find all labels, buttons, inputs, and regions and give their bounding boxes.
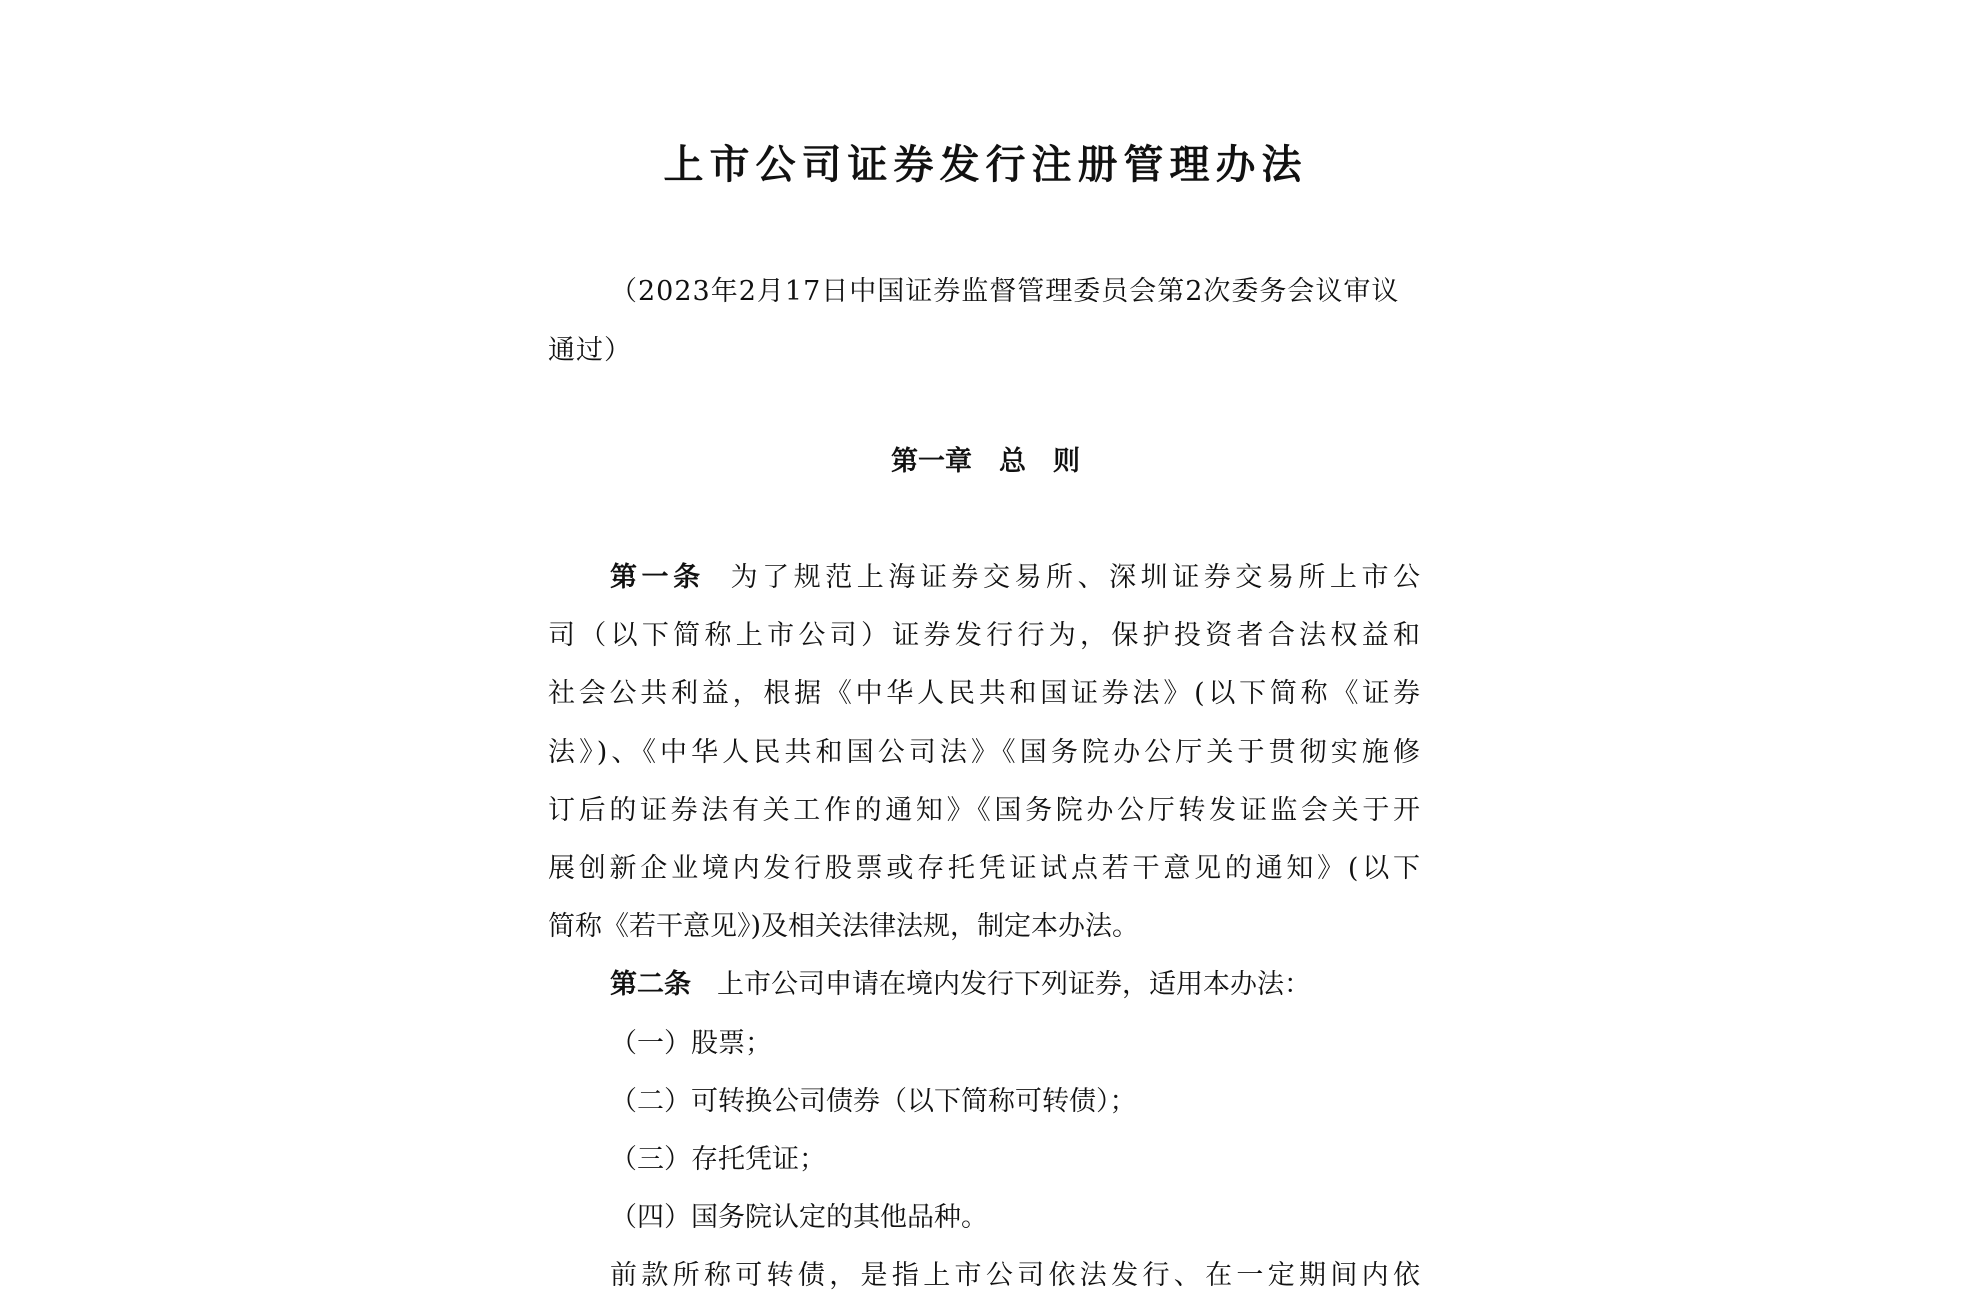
article-1-line-3: 社会公共利益，根据《中华人民共和国证券法》(以下简称《证券 [548, 672, 1420, 730]
article-1-line-1: 第一条为了规范上海证券交易所、深圳证券交易所上市公 [548, 556, 1420, 614]
article-2-item-2: （二）可转换公司债券（以下简称可转债）； [548, 1080, 1420, 1138]
document-body: 第一条为了规范上海证券交易所、深圳证券交易所上市公 司（以下简称上市公司）证券发… [548, 556, 1420, 1312]
article-1-line-2: 司（以下简称上市公司）证券发行行为，保护投资者合法权益和 [548, 614, 1420, 672]
article-1-line-4: 法》)、《中华人民共和国公司法》《国务院办公厅关于贯彻实施修 [548, 731, 1420, 789]
article-2-item-1: （一）股票； [548, 1022, 1420, 1080]
article-1-line-7: 简称《若干意见》)及相关法律法规，制定本办法。 [548, 905, 1420, 963]
document-title: 上市公司证券发行注册管理办法 [0, 140, 1971, 190]
article-2-continuation-line-1: 前款所称可转债，是指上市公司依法发行、在一定期间内依 [548, 1254, 1420, 1312]
article-2-label: 第二条 [610, 969, 691, 1000]
article-2-line-1: 第二条上市公司申请在境内发行下列证券，适用本办法： [548, 963, 1420, 1021]
chapter-heading: 第一章 总 则 [0, 440, 1971, 484]
article-1-label: 第一条 [610, 562, 705, 593]
adoption-note: （2023年2月17日中国证券监督管理委员会第2次委务会议审议通过） [548, 262, 1420, 380]
adoption-note-text: （2023年2月17日中国证券监督管理委员会第2次委务会议审议通过） [548, 276, 1399, 366]
article-1-line-6: 展创新企业境内发行股票或存托凭证试点若干意见的通知》(以下 [548, 847, 1420, 905]
article-2-item-3: （三）存托凭证； [548, 1138, 1420, 1196]
article-2-item-4: （四）国务院认定的其他品种。 [548, 1196, 1420, 1254]
document-page: 上市公司证券发行注册管理办法 （2023年2月17日中国证券监督管理委员会第2次… [0, 0, 1971, 1315]
article-1-line-5: 订后的证券法有关工作的通知》《国务院办公厅转发证监会关于开 [548, 789, 1420, 847]
